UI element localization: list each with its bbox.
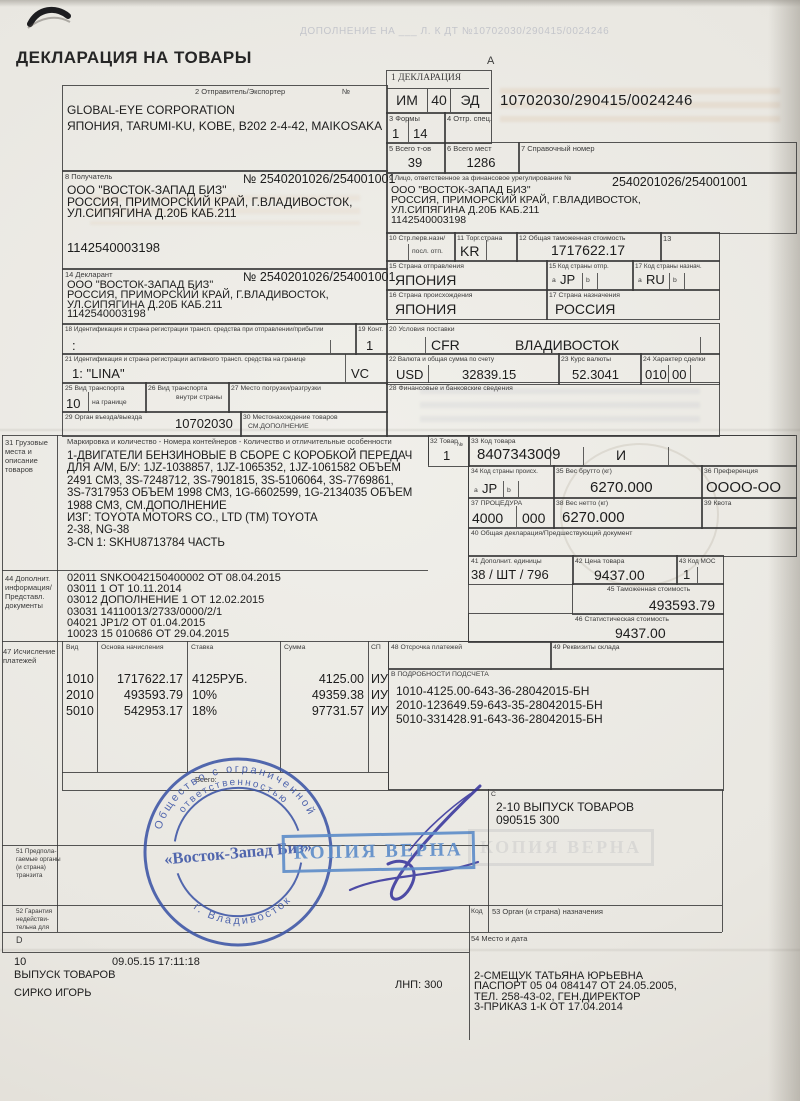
registration-number: 10702030/290415/0024246 <box>500 92 693 109</box>
divider <box>88 392 89 411</box>
box-45-label: 45 Таможенная стоимость <box>607 586 690 595</box>
divider <box>597 273 598 289</box>
divider <box>669 273 670 289</box>
release-note: 2-10 ВЫПУСК ТОВАРОВ 090515 300 <box>496 801 634 827</box>
divider <box>518 481 519 497</box>
exchange-rate: 52.3041 <box>572 367 619 382</box>
box-13-label: 13 <box>663 235 671 244</box>
goods-location: СМ.ДОПОЛНЕНИЕ <box>248 423 309 432</box>
declarant-details: ООО "ВОСТОК-ЗАПАД БИЗ" РОССИЯ, ПРИМОРСКИ… <box>67 281 329 320</box>
stamp-text-bottom: г. Владивосток <box>190 893 296 932</box>
divider <box>486 240 487 260</box>
cell-a: a <box>474 487 478 496</box>
origin-country: ЯПОНИЯ <box>395 301 456 317</box>
valuation-method-code: 1 <box>683 567 690 582</box>
customs-value: 493593.79 <box>600 597 715 613</box>
payment-rate: 18% <box>192 704 217 718</box>
box-44-side-label: 44 Дополнит. информация/ Представл. доку… <box>5 574 52 610</box>
footer-inspector-name: СИРКО ИГОРЬ <box>14 987 91 999</box>
box-15a-label: 15 Код страны отпр. <box>549 263 609 272</box>
divider <box>408 244 409 260</box>
hs-code: 8407343009 <box>477 446 560 463</box>
box-31-side-label: 31 Грузовые места и описание товаров <box>5 438 48 474</box>
declaration-form: ЭД <box>451 89 489 112</box>
col-header-sp: СП <box>371 644 381 653</box>
procedure-code-main: 4000 <box>472 510 503 526</box>
payment-row: 1010 1717622.17 4125РУБ. 4125.00 ИУ <box>0 672 400 688</box>
destination-country: РОССИЯ <box>555 301 615 317</box>
box-26-label: 26 Вид транспорта <box>148 385 207 394</box>
box-4-label: 4 Отгр. спец. <box>447 115 492 124</box>
document-title: ДЕКЛАРАЦИЯ НА ТОВАРЫ <box>16 48 252 68</box>
payment-sum: 97731.57 <box>280 704 364 718</box>
border-transport-id: 1: "LINA" <box>72 366 125 381</box>
box-31-header: Маркировка и количество - Номера контейн… <box>67 438 392 447</box>
box-21-label: 21 Идентификация и страна регистрации ак… <box>65 356 306 365</box>
box-40-label: 40 Общая декларация/Предшествующий докум… <box>471 530 632 539</box>
procedure-code: 40 <box>428 89 451 112</box>
box-18-label: 18 Идентификация и страна регистрации тр… <box>65 326 323 335</box>
box-35-label: 35 Вес брутто (кг) <box>556 468 612 477</box>
box-9-label: 9 Лицо, ответственное за финансовое урег… <box>389 175 571 184</box>
ghost-bleedthrough-text: ДОПОЛНЕНИЕ НА ___ Л. К ДТ №10702030/2904… <box>300 26 609 37</box>
cell-b: b <box>507 487 511 496</box>
box-39-label: 39 Квота <box>704 500 731 509</box>
box-2-label: 2 Отправитель/Экспортер <box>195 88 285 97</box>
payment-sp: ИУ <box>371 688 388 702</box>
box-29-label: 29 Орган въезда/выезда <box>65 414 142 423</box>
box-6-value: 1286 <box>444 155 518 170</box>
deal-nature-code: 010 <box>645 367 667 382</box>
hs-code-flag: И <box>616 447 626 463</box>
net-weight: 6270.000 <box>562 509 625 526</box>
box-46-label: 46 Статистическая стоимость <box>575 616 669 625</box>
col-header-vid: Вид <box>66 644 78 653</box>
box-10-sub: посл. отп. <box>412 248 443 257</box>
box-48-label: 48 Отсрочка платежей <box>391 644 462 653</box>
divider <box>684 273 685 289</box>
box-25-sub: на границе <box>92 399 127 408</box>
footer-release-status: ВЫПУСК ТОВАРОВ <box>14 969 115 981</box>
divider <box>668 365 669 383</box>
goods-price: 9437.00 <box>594 567 645 583</box>
container-flag: 1 <box>366 338 373 353</box>
footer-declarant-info: 2-СМЕЩУК ТАТЬЯНА ЮРЬЕВНА ПАСПОРТ 05 04 0… <box>474 971 677 1013</box>
box-17a-label: 17 Код страны назнач. <box>635 263 702 272</box>
destination-country-code: RU <box>646 272 665 287</box>
scanned-declaration-page: ДОПОЛНЕНИЕ НА ___ Л. К ДТ №10702030/2904… <box>0 0 800 1101</box>
divider <box>700 337 701 353</box>
col-header-rate: Ставка <box>191 644 213 653</box>
dispatch-country-code: JP <box>560 272 575 287</box>
copy-verna-stamp: КОПИЯ ВЕРНА <box>282 831 476 873</box>
gross-weight: 6270.000 <box>590 479 653 496</box>
box-51-side-label: 51 Предпола- гаемые органы (и страна) тр… <box>16 848 61 880</box>
col-header-sum: Сумма <box>284 644 305 653</box>
payment-sp: ИУ <box>371 704 388 718</box>
box-47-side-label: 47 Исчисление платежей <box>3 647 55 665</box>
box-3-value2: 14 <box>413 126 427 141</box>
box-54-label: 54 Место и дата <box>471 935 527 944</box>
border-transport-country: VC <box>351 366 369 381</box>
documents-list: 02011 SNKO042150400002 ОТ 08.04.2015 030… <box>67 573 281 640</box>
delivery-term: CFR <box>431 337 460 353</box>
box-24-label: 24 Характер сделки <box>643 356 706 365</box>
box-53-label: 53 Орган (и страна) назначения <box>492 908 603 917</box>
transport-mode-border: 10 <box>66 396 80 411</box>
payment-row: 2010 493593.79 10% 49359.38 ИУ <box>0 688 400 704</box>
payment-sum: 49359.38 <box>280 688 364 702</box>
box-34-label: 34 Код страны происх. <box>471 468 538 477</box>
box-5-label: 5 Всего т-ов <box>389 145 431 154</box>
box-19-label: 19 Конт. <box>358 326 383 335</box>
supplementary-units: 38 / ШТ / 796 <box>471 567 549 582</box>
footer-num: 10 <box>14 956 26 968</box>
box-41-label: 41 Дополнит. единицы <box>471 558 542 567</box>
delivery-place: ВЛАДИВОСТОК <box>515 337 619 353</box>
divider <box>345 354 346 382</box>
payment-type: 2010 <box>66 688 94 702</box>
divider <box>503 481 504 497</box>
box-10-label: 10 Стр.перв.назн/ <box>389 235 445 244</box>
section-b-label: В ПОДРОБНОСТИ ПОДСЧЕТА <box>391 671 489 680</box>
payment-base: 493593.79 <box>97 688 183 702</box>
box-36-label: 36 Преференция <box>704 468 758 477</box>
total-customs-value: 1717622.17 <box>516 242 660 258</box>
goods-description: 1-ДВИГАТЕЛИ БЕНЗИНОВЫЕ В СБОРЕ С КОРОБКО… <box>67 450 412 549</box>
divider <box>516 506 517 527</box>
payment-base: 542953.17 <box>97 704 183 718</box>
box-8-label: 8 Получатель <box>65 173 112 182</box>
box-1-cells: ИМ 40 ЭД <box>387 88 489 112</box>
divider <box>668 447 669 465</box>
payment-type: 1010 <box>66 672 94 686</box>
box-2-no: № <box>342 88 350 97</box>
box-22-label: 22 Валюта и общая сумма по счету <box>389 356 494 365</box>
box-27-label: 27 Место погрузки/разгрузки <box>231 385 321 394</box>
line <box>2 570 428 571</box>
dispatch-country: ЯПОНИЯ <box>395 272 456 288</box>
box-6-label: 6 Всего мест <box>447 145 492 154</box>
line <box>2 932 722 933</box>
box-8-number: № 2540201026/254001001 <box>243 172 395 186</box>
svg-text:г. Владивосток: г. Владивосток <box>190 893 296 932</box>
box-5-value: 39 <box>386 155 444 170</box>
cell-a: a <box>638 277 642 286</box>
pen-mark <box>26 4 72 30</box>
box-32-no: № <box>457 441 463 450</box>
trade-country-code: KR <box>460 243 479 259</box>
exporter-details: GLOBAL-EYE CORPORATION ЯПОНИЯ, TARUMI-KU… <box>67 102 382 134</box>
divider <box>408 118 409 142</box>
box-32-label: 32 Товар <box>430 438 458 447</box>
divider <box>425 337 426 353</box>
divider <box>583 447 584 465</box>
section-a-label: А <box>487 55 494 67</box>
stamp-text-top: Общество с ограниченной <box>148 756 319 832</box>
box-23-label: 23 Курс валюты <box>561 356 611 365</box>
cell-b: b <box>586 277 590 286</box>
svg-text:Общество с ограниченной: Общество с ограниченной <box>148 756 319 832</box>
box-42-label: 42 Цена товара <box>575 558 624 567</box>
box-3-value1: 1 <box>392 126 399 141</box>
declaration-type: ИМ <box>387 89 428 112</box>
box-43-label: 43 Код МОС <box>679 558 715 567</box>
divider <box>582 273 583 289</box>
box-49-label: 49 Реквизиты склада <box>553 644 620 653</box>
payment-sum: 4125.00 <box>280 672 364 686</box>
entry-customs-office: 10702030 <box>175 416 233 431</box>
invoice-currency: USD <box>396 367 423 382</box>
line <box>469 905 470 1040</box>
deal-nature-code2: 00 <box>672 367 686 382</box>
box-28-label: 28 Финансовые и банковские сведения <box>389 385 513 394</box>
financial-person-details: ООО "ВОСТОК-ЗАПАД БИЗ" РОССИЯ, ПРИМОРСКИ… <box>391 185 641 225</box>
payment-details-lines: 1010-4125.00-643-36-28042015-БН 2010-123… <box>396 684 603 726</box>
cell-a: a <box>552 277 556 286</box>
payment-sp: ИУ <box>371 672 388 686</box>
box-3-label: 3 Формы <box>389 115 420 124</box>
divider <box>697 567 698 583</box>
preference-code: ОООО-ОО <box>706 479 781 496</box>
payment-rate: 4125РУБ. <box>192 672 248 686</box>
goods-item-number: 1 <box>443 448 450 463</box>
col-header-base: Основа начисления <box>101 644 164 653</box>
payment-rate: 10% <box>192 688 217 702</box>
box-38-label: 38 Вес нетто (кг) <box>556 500 608 509</box>
copy-verna-stamp-ghost: КОПИЯ ВЕРНА <box>468 829 654 866</box>
consignee-ogrn: 1142540003198 <box>67 240 160 255</box>
box-52-side-label: 52 Гарантия недействи- тельна для <box>16 908 52 932</box>
box-25-label: 25 Вид транспорта <box>65 385 124 394</box>
payment-base: 1717622.17 <box>97 672 183 686</box>
box-37-label: 37 ПРОЦЕДУРА <box>471 500 522 509</box>
box-1-label: 1 ДЕКЛАРАЦИЯ <box>391 74 461 83</box>
origin-code: JP <box>482 481 497 496</box>
procedure-code-prev: 000 <box>522 510 545 526</box>
line <box>722 789 723 932</box>
divider <box>690 365 691 383</box>
box-16-label: 16 Страна происхождения <box>389 292 472 301</box>
divider <box>330 340 331 353</box>
divider <box>428 365 429 383</box>
box-15-label: 15 Страна отправления <box>389 263 464 272</box>
box-30-label: 30 Местонахождение товаров <box>243 414 338 423</box>
payment-row: 5010 542953.17 18% 97731.57 ИУ <box>0 704 400 720</box>
box-26-sub: внутри страны <box>176 394 222 403</box>
section-d-label: D <box>16 936 23 945</box>
box-18-value: : <box>72 338 76 353</box>
cell-b: b <box>673 277 677 286</box>
consignee-details: ООО "ВОСТОК-ЗАПАД БИЗ" РОССИЯ, ПРИМОРСКИ… <box>67 185 352 220</box>
payment-type: 5010 <box>66 704 94 718</box>
box-7-label: 7 Справочный номер <box>521 145 595 154</box>
divider <box>550 447 551 465</box>
footer-lnp: ЛНП: 300 <box>395 979 443 991</box>
box-20-label: 20 Условия поставки <box>389 326 455 335</box>
invoice-amount: 32839.15 <box>462 367 516 382</box>
box-17-label: 17 Страна назначения <box>549 292 620 301</box>
statistical-value: 9437.00 <box>615 625 666 641</box>
